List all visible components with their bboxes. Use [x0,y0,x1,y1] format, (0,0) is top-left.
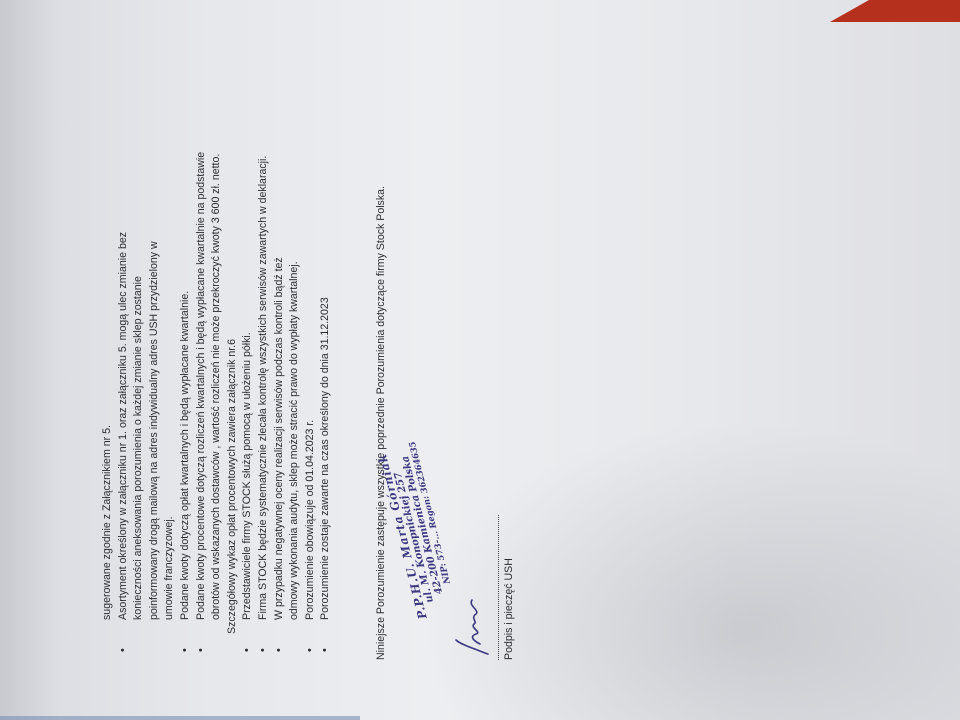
item-text: umowie franczyzowej. [162,100,178,620]
item-text: Przedstawiciele firmy STOCK służą pomocą… [240,100,256,620]
item-text: odmowy wykonania audytu, sklep może stra… [287,100,303,620]
item-text: Firma STOCK będzie systematycznie zlecał… [256,100,272,620]
item-text: obrotów od wskazanych dostawców , wartoś… [209,100,225,620]
list-item: Porozumienie zostaje zawarte na czas okr… [318,100,334,660]
item-text: konieczności aneksowania porozumienia o … [131,100,147,620]
list-item: Asortyment określony w załączniku nr 1. … [116,100,178,660]
document-page: sugerowane zgodnie z Załącznikiem nr 5. … [100,100,520,660]
item-text: poinformowany drogą mailową na adres ind… [147,100,163,620]
red-folder-corner [830,0,960,22]
table-edge [0,716,360,720]
page-shadow-left [0,0,60,720]
terms-list: Asortyment określony w załączniku nr 1. … [116,100,334,660]
item-text: Podane kwoty dotyczą opłat kwartalnych i… [178,100,194,620]
list-item: W przypadku negatywnej oceny realizacji … [272,100,303,660]
signature-line [498,515,499,660]
item-text: W przypadku negatywnej oceny realizacji … [272,100,288,620]
item-text: Asortyment określony w załączniku nr 1. … [116,100,132,620]
item-text: Szczegółowy wykaz opłat procentowych zaw… [225,100,241,634]
item-text: Porozumienie zostaje zawarte na czas okr… [318,100,334,620]
list-item: Porozumienie obowiązuje od 01.04.2023 r. [303,100,319,660]
handwritten-signature-icon [452,568,492,658]
list-item: Podane kwoty procentowe dotyczą rozlicze… [194,100,241,660]
lead-line: sugerowane zgodnie z Załącznikiem nr 5. [100,100,116,660]
list-item: Podane kwoty dotyczą opłat kwartalnych i… [178,100,194,660]
item-text: Podane kwoty procentowe dotyczą rozlicze… [194,100,210,620]
item-text: Porozumienie obowiązuje od 01.04.2023 r. [303,100,319,620]
signature-label: Podpis i pieczęć USH [502,558,518,660]
list-item: Przedstawiciele firmy STOCK służą pomocą… [240,100,256,660]
list-item: Firma STOCK będzie systematycznie zlecał… [256,100,272,660]
